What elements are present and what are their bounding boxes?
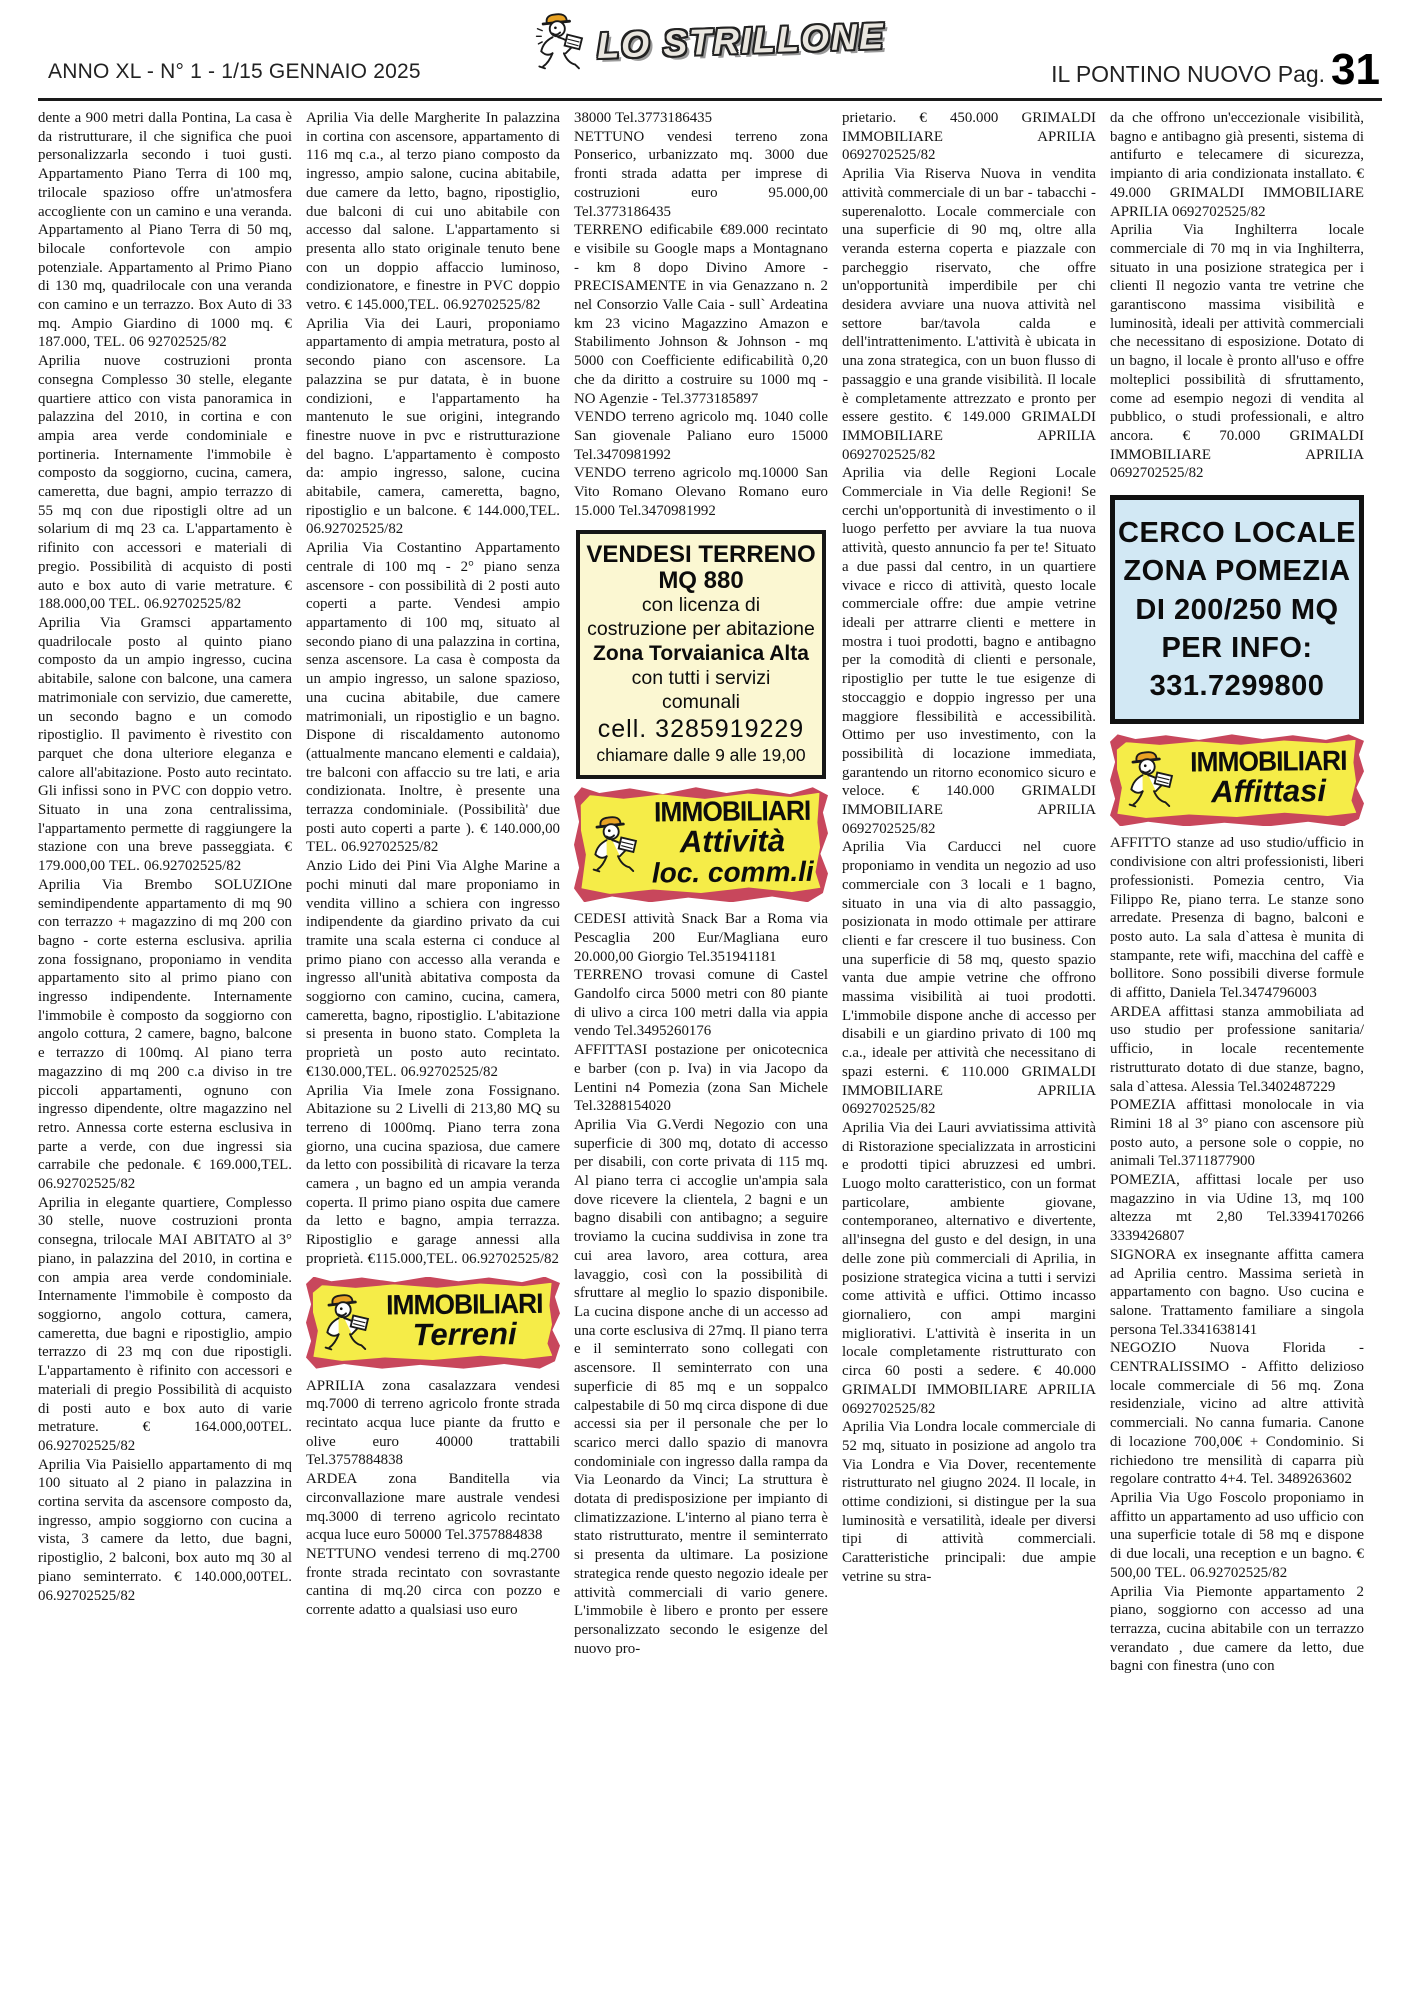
classified-ad: Aprilia Via Paisiello appartamento di mq… [38,1456,292,1606]
classified-ad: TERRENO edificabile €89.000 recintato e … [574,221,828,408]
box-phone: 331.7299800 [1117,667,1357,705]
box-phone: cell. 3285919229 [584,714,818,745]
classified-ad: Aprilia Via Piemonte appartamento 2 pian… [1110,1583,1364,1677]
classified-ad: Aprilia Via Carducci nel cuore proponiam… [842,838,1096,1119]
box-line: con licenza di [584,594,818,617]
box-line: costruzione per abitazione [584,618,818,641]
banner-subtitle: Affittasi [1185,775,1352,808]
classified-ad: Aprilia nuove costruzioni pronta consegn… [38,352,292,614]
classified-ad: prietario. € 450.000 GRIMALDI IMMOBILIAR… [842,109,1096,165]
classified-ad: Aprilia Via Costantino Appartamento cent… [306,539,560,857]
banner-subtitle: Attività [649,825,816,858]
section-banner-immobiliari-attivita: IMMOBILIARI Attività loc. comm.li [574,787,828,902]
section-banner-immobiliari-terreni: IMMOBILIARI Terreni [306,1277,560,1369]
classified-ad: VENDO terreno agricolo mq. 1040 colle Sa… [574,408,828,464]
classified-ad: SIGNORA ex insegnante affitta camera ad … [1110,1246,1364,1340]
newsboy-icon [585,810,648,877]
classified-ad: Aprilia via delle Regioni Locale Commerc… [842,464,1096,838]
classified-ad: Aprilia Via dei Lauri avviatissima attiv… [842,1119,1096,1418]
classified-ad: NEGOZIO Nuova Florida - CENTRALISSIMO - … [1110,1339,1364,1489]
box-line: CERCO LOCALE [1117,514,1357,552]
banner-title: IMMOBILIARI [1190,747,1347,777]
classified-ad: dente a 900 metri dalla Pontina, La casa… [38,109,292,352]
classified-ad: POMEZIA, affittasi locale per uso magazz… [1110,1171,1364,1246]
classified-ad: CEDESI attività Snack Bar a Roma via Pes… [574,910,828,966]
classified-ad: Aprilia Via Gramsci appartamento quadril… [38,614,292,876]
newspaper-page: ANNO XL - N° 1 - 1/15 GENNAIO 2025 [0,0,1420,2000]
classified-ad: Aprilia Via Ugo Foscolo proponiamo in af… [1110,1489,1364,1583]
newsboy-icon [1121,746,1184,813]
logo-wordmark: LO STRILLONE [596,15,885,67]
page-header: ANNO XL - N° 1 - 1/15 GENNAIO 2025 [38,0,1382,101]
classified-ad: Aprilia in elegante quartiere, Complesso… [38,1194,292,1456]
classified-ad: Aprilia Via Inghilterra locale commercia… [1110,221,1364,483]
banner-subtitle: Terreni [381,1318,548,1351]
classified-ad: da che offrono un'eccezionale visibilità… [1110,109,1364,221]
classified-ad: NETTUNO vendesi terreno zona Ponserico, … [574,128,828,222]
box-line: con tutti i servizi [584,667,818,690]
box-line: chiamare dalle 9 alle 19,00 [584,745,818,767]
banner-subtitle-2: loc. comm.li [649,857,816,888]
box-line: Zona Torvaianica Alta [584,641,818,667]
classified-ad: Aprilia Via Imele zona Fossignano. Abita… [306,1082,560,1269]
newsboy-icon [317,1288,380,1355]
classified-ad: VENDO terreno agricolo mq.10000 San Vito… [574,464,828,520]
classified-ad: APRILIA zona casalazzara vendesi mq.7000… [306,1377,560,1471]
newsboy-icon [531,8,593,74]
classified-ad: POMEZIA affittasi monolocale in via Rimi… [1110,1096,1364,1171]
classified-ad: Aprilia Via Londra locale commerciale di… [842,1418,1096,1586]
column-1: dente a 900 metri dalla Pontina, La casa… [38,109,292,1993]
column-3: 38000 Tel.3773186435 NETTUNO vendesi ter… [574,109,828,1993]
classified-ad: ARDEA affittasi stanza ammobiliata ad us… [1110,1003,1364,1097]
box-line: comunali [584,691,818,714]
ad-box-vendesi-terreno: VENDESI TERRENO MQ 880 con licenza di co… [576,530,826,779]
classified-ad: NETTUNO vendesi terreno di mq.2700 front… [306,1545,560,1620]
classified-ad: Aprilia Via G.Verdi Negozio con una supe… [574,1116,828,1658]
column-5: da che offrono un'eccezionale visibilità… [1110,109,1364,1993]
banner-title: IMMOBILIARI [386,1290,543,1320]
lo-strillone-logo: LO STRILLONE [525,8,895,76]
classified-ad: TERRENO trovasi comune di Castel Gandolf… [574,966,828,1041]
box-line: DI 200/250 MQ [1117,591,1357,629]
classified-ad: Aprilia Via Riserva Nuova in vendita att… [842,165,1096,464]
classified-ad: AFFITTASI postazione per onicotecnica e … [574,1041,828,1116]
banner-title: IMMOBILIARI [654,797,811,827]
classified-ad: AFFITTO stanze ad uso studio/ufficio in … [1110,834,1364,1002]
classifieds-columns: dente a 900 metri dalla Pontina, La casa… [0,101,1420,1993]
box-line: MQ 880 [584,568,818,594]
classified-ad: ARDEA zona Banditella via circonvallazio… [306,1470,560,1545]
ad-box-cerco-locale: CERCO LOCALE ZONA POMEZIA DI 200/250 MQ … [1110,495,1364,724]
classified-ad: 38000 Tel.3773186435 [574,109,828,128]
box-line: PER INFO: [1117,629,1357,667]
classified-ad: Aprilia Via dei Lauri, proponiamo appart… [306,315,560,539]
page-number: 31 [1331,51,1380,88]
edition-date: ANNO XL - N° 1 - 1/15 GENNAIO 2025 [48,60,421,84]
box-line: ZONA POMEZIA [1117,552,1357,590]
box-line: VENDESI TERRENO [584,542,818,568]
classified-ad: Anzio Lido dei Pini Via Alghe Marine a p… [306,857,560,1081]
column-4: prietario. € 450.000 GRIMALDI IMMOBILIAR… [842,109,1096,1993]
classified-ad: Aprilia Via delle Margherite In palazzin… [306,109,560,315]
column-2: Aprilia Via delle Margherite In palazzin… [306,109,560,1993]
section-banner-immobiliari-affittasi: IMMOBILIARI Affittasi [1110,734,1364,826]
newspaper-title: IL PONTINO NUOVO Pag. 31 [1051,51,1380,88]
classified-ad: Aprilia Via Brembo SOLUZIOne semindipend… [38,876,292,1194]
newspaper-title-label: IL PONTINO NUOVO Pag. [1051,61,1325,88]
